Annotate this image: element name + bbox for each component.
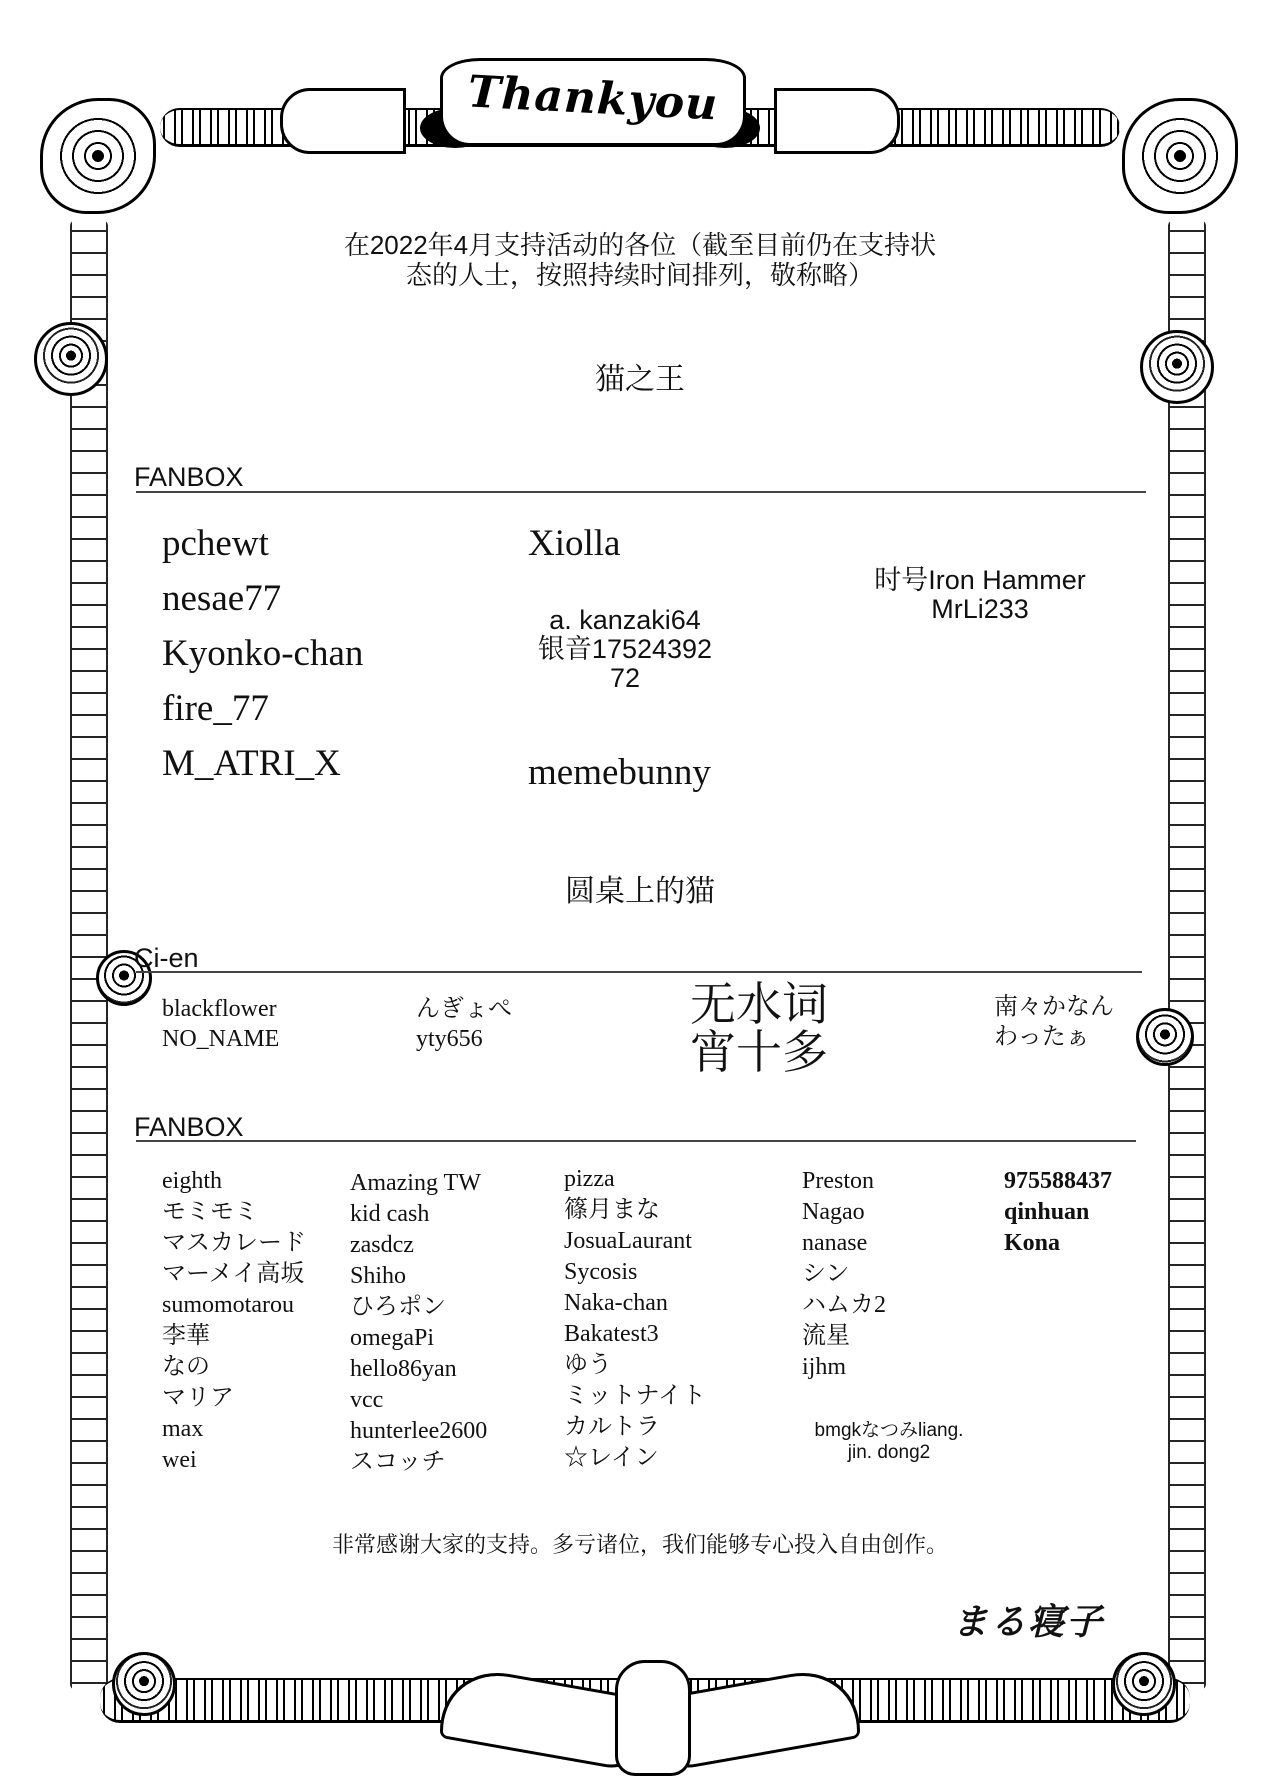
list-item: 篠月まな <box>564 1195 706 1226</box>
list-item: blackflower <box>162 994 279 1024</box>
thankyou-banner: Thankyou <box>350 48 830 160</box>
list-item: Sycosis <box>564 1257 706 1288</box>
list-item: max <box>162 1414 306 1445</box>
list-item: マスカレード <box>162 1228 306 1259</box>
ci-en-column-3: 无水词 宵十多 <box>690 980 828 1076</box>
list-item: pchewt <box>162 516 363 571</box>
banner-title: Thankyou <box>442 65 744 132</box>
fanbox2-column-5: 975588437 qinhuan Kona <box>1004 1166 1112 1259</box>
list-item: ゆう <box>564 1350 706 1381</box>
list-item: シン <box>802 1259 886 1290</box>
thanks-message: 非常感谢大家的支持。多亏诸位，我们能够专心投入自由创作。 <box>280 1528 1000 1559</box>
list-item: hunterlee2600 <box>350 1416 487 1447</box>
ci-en-column-1: blackflower NO_NAME <box>162 994 279 1054</box>
intro-line-2: 态的人士，按照持续时间排列，敬称略） <box>240 260 1040 290</box>
banner-scroll: Thankyou <box>440 58 746 146</box>
list-item: nanase <box>802 1228 886 1259</box>
list-item: んぎょぺ <box>416 994 512 1024</box>
list-item: nesae77 <box>162 571 363 626</box>
corner-ornament-top-right-icon <box>1122 98 1238 214</box>
list-item: wei <box>162 1445 306 1476</box>
list-item: kid cash <box>350 1199 487 1230</box>
section-rule-ci-en <box>136 971 1142 973</box>
section-label-fanbox-1: FANBOX <box>134 463 244 491</box>
section-rule-fanbox-1 <box>136 491 1146 493</box>
list-item: 银音17524392 <box>520 635 730 664</box>
list-item: なの <box>162 1352 306 1383</box>
list-item: ijhm <box>802 1352 886 1383</box>
list-item: bmgkなつみliang. <box>796 1420 982 1442</box>
list-item: 72 <box>520 664 730 693</box>
list-item: Naka-chan <box>564 1288 706 1319</box>
list-item: jin. dong2 <box>796 1442 982 1464</box>
list-item: vcc <box>350 1385 487 1416</box>
tier-title-round-table-cat: 圆桌上的猫 <box>440 866 840 910</box>
rose-bottom-right-icon <box>1112 1652 1176 1716</box>
section-label-ci-en: Ci-en <box>134 944 199 972</box>
list-item: qinhuan <box>1004 1197 1112 1228</box>
list-item: Amazing TW <box>350 1168 487 1199</box>
list-item: Kona <box>1004 1228 1112 1259</box>
intro-line-1: 在2022年4月支持活动的各位（截至目前仍在支持状 <box>240 230 1040 260</box>
list-item: M_ATRI_X <box>162 736 363 791</box>
list-item: sumomotarou <box>162 1290 306 1321</box>
list-item: hello86yan <box>350 1354 487 1385</box>
bottom-wing-ornament-icon <box>440 1660 860 1770</box>
list-item: ハムカ2 <box>802 1290 886 1321</box>
list-item: yty656 <box>416 1024 512 1054</box>
list-item: ひろポン <box>350 1292 487 1323</box>
section-label-fanbox-2: FANBOX <box>134 1113 244 1141</box>
list-item: 李華 <box>162 1321 306 1352</box>
corner-ornament-top-left-icon <box>40 98 156 214</box>
list-item: eighth <box>162 1166 306 1197</box>
list-item: omegaPi <box>350 1323 487 1354</box>
section-rule-fanbox-2 <box>136 1140 1136 1142</box>
list-item: ミットナイト <box>564 1381 706 1412</box>
list-item: memebunny <box>528 745 711 800</box>
list-item: JosuaLaurant <box>564 1226 706 1257</box>
ci-en-column-2: んぎょぺ yty656 <box>416 994 512 1054</box>
rose-bottom-left-icon <box>112 1652 176 1716</box>
list-item: 时号Iron Hammer <box>850 566 1110 595</box>
fanbox2-extra-names: bmgkなつみliang. jin. dong2 <box>796 1420 982 1464</box>
list-item: Xiolla <box>528 516 620 571</box>
frame-right-border <box>1168 220 1206 1690</box>
list-item: 975588437 <box>1004 1166 1112 1197</box>
list-item: マーメイ高坂 <box>162 1259 306 1290</box>
list-item: Preston <box>802 1166 886 1197</box>
list-item: a. kanzaki64 <box>520 606 730 635</box>
list-item: 流星 <box>802 1321 886 1352</box>
list-item: マリア <box>162 1383 306 1414</box>
list-item: 无水词 <box>690 980 828 1028</box>
list-item: fire_77 <box>162 681 363 736</box>
list-item: 宵十多 <box>690 1028 828 1076</box>
rose-right-upper-icon <box>1140 330 1214 404</box>
name-column-1: pchewt nesae77 Kyonko-chan fire_77 M_ATR… <box>162 516 363 791</box>
banner-ribbon-left-icon <box>280 88 406 154</box>
list-item: 南々かなん <box>994 992 1114 1022</box>
name-group-right: 时号Iron Hammer MrLi233 <box>850 566 1110 624</box>
banner-ribbon-right-icon <box>774 88 900 154</box>
rose-right-mid-icon <box>1136 1008 1194 1066</box>
fanbox2-column-3: pizza 篠月まな JosuaLaurant Sycosis Naka-cha… <box>564 1164 706 1474</box>
list-item: Shiho <box>350 1261 487 1292</box>
fanbox2-column-1: eighth モミモミ マスカレード マーメイ高坂 sumomotarou 李華… <box>162 1166 306 1476</box>
list-item: モミモミ <box>162 1197 306 1228</box>
list-item: Nagao <box>802 1197 886 1228</box>
list-item: NO_NAME <box>162 1024 279 1054</box>
rose-left-upper-icon <box>34 322 108 396</box>
fanbox2-column-2: Amazing TW kid cash zasdcz Shiho ひろポン om… <box>350 1168 487 1478</box>
list-item: カルトラ <box>564 1412 706 1443</box>
list-item: わったぁ <box>994 1022 1114 1052</box>
list-item: MrLi233 <box>850 595 1110 624</box>
ornament-center-icon <box>615 1660 691 1776</box>
intro-text: 在2022年4月支持活动的各位（截至目前仍在支持状 态的人士，按照持续时间排列，… <box>240 230 1040 290</box>
frame-left-border <box>70 220 108 1690</box>
list-item: Bakatest3 <box>564 1319 706 1350</box>
list-item: ☆レイン <box>564 1443 706 1474</box>
list-item: スコッチ <box>350 1447 487 1478</box>
list-item: pizza <box>564 1164 706 1195</box>
list-item: zasdcz <box>350 1230 487 1261</box>
tier-title-cat-king: 猫之王 <box>440 354 840 398</box>
fanbox2-column-4: Preston Nagao nanase シン ハムカ2 流星 ijhm <box>802 1166 886 1383</box>
ci-en-column-4: 南々かなん わったぁ <box>994 992 1114 1052</box>
name-group-middle: a. kanzaki64 银音17524392 72 <box>520 606 730 693</box>
list-item: Kyonko-chan <box>162 626 363 681</box>
author-signature: まる寝子 <box>952 1594 1104 1645</box>
